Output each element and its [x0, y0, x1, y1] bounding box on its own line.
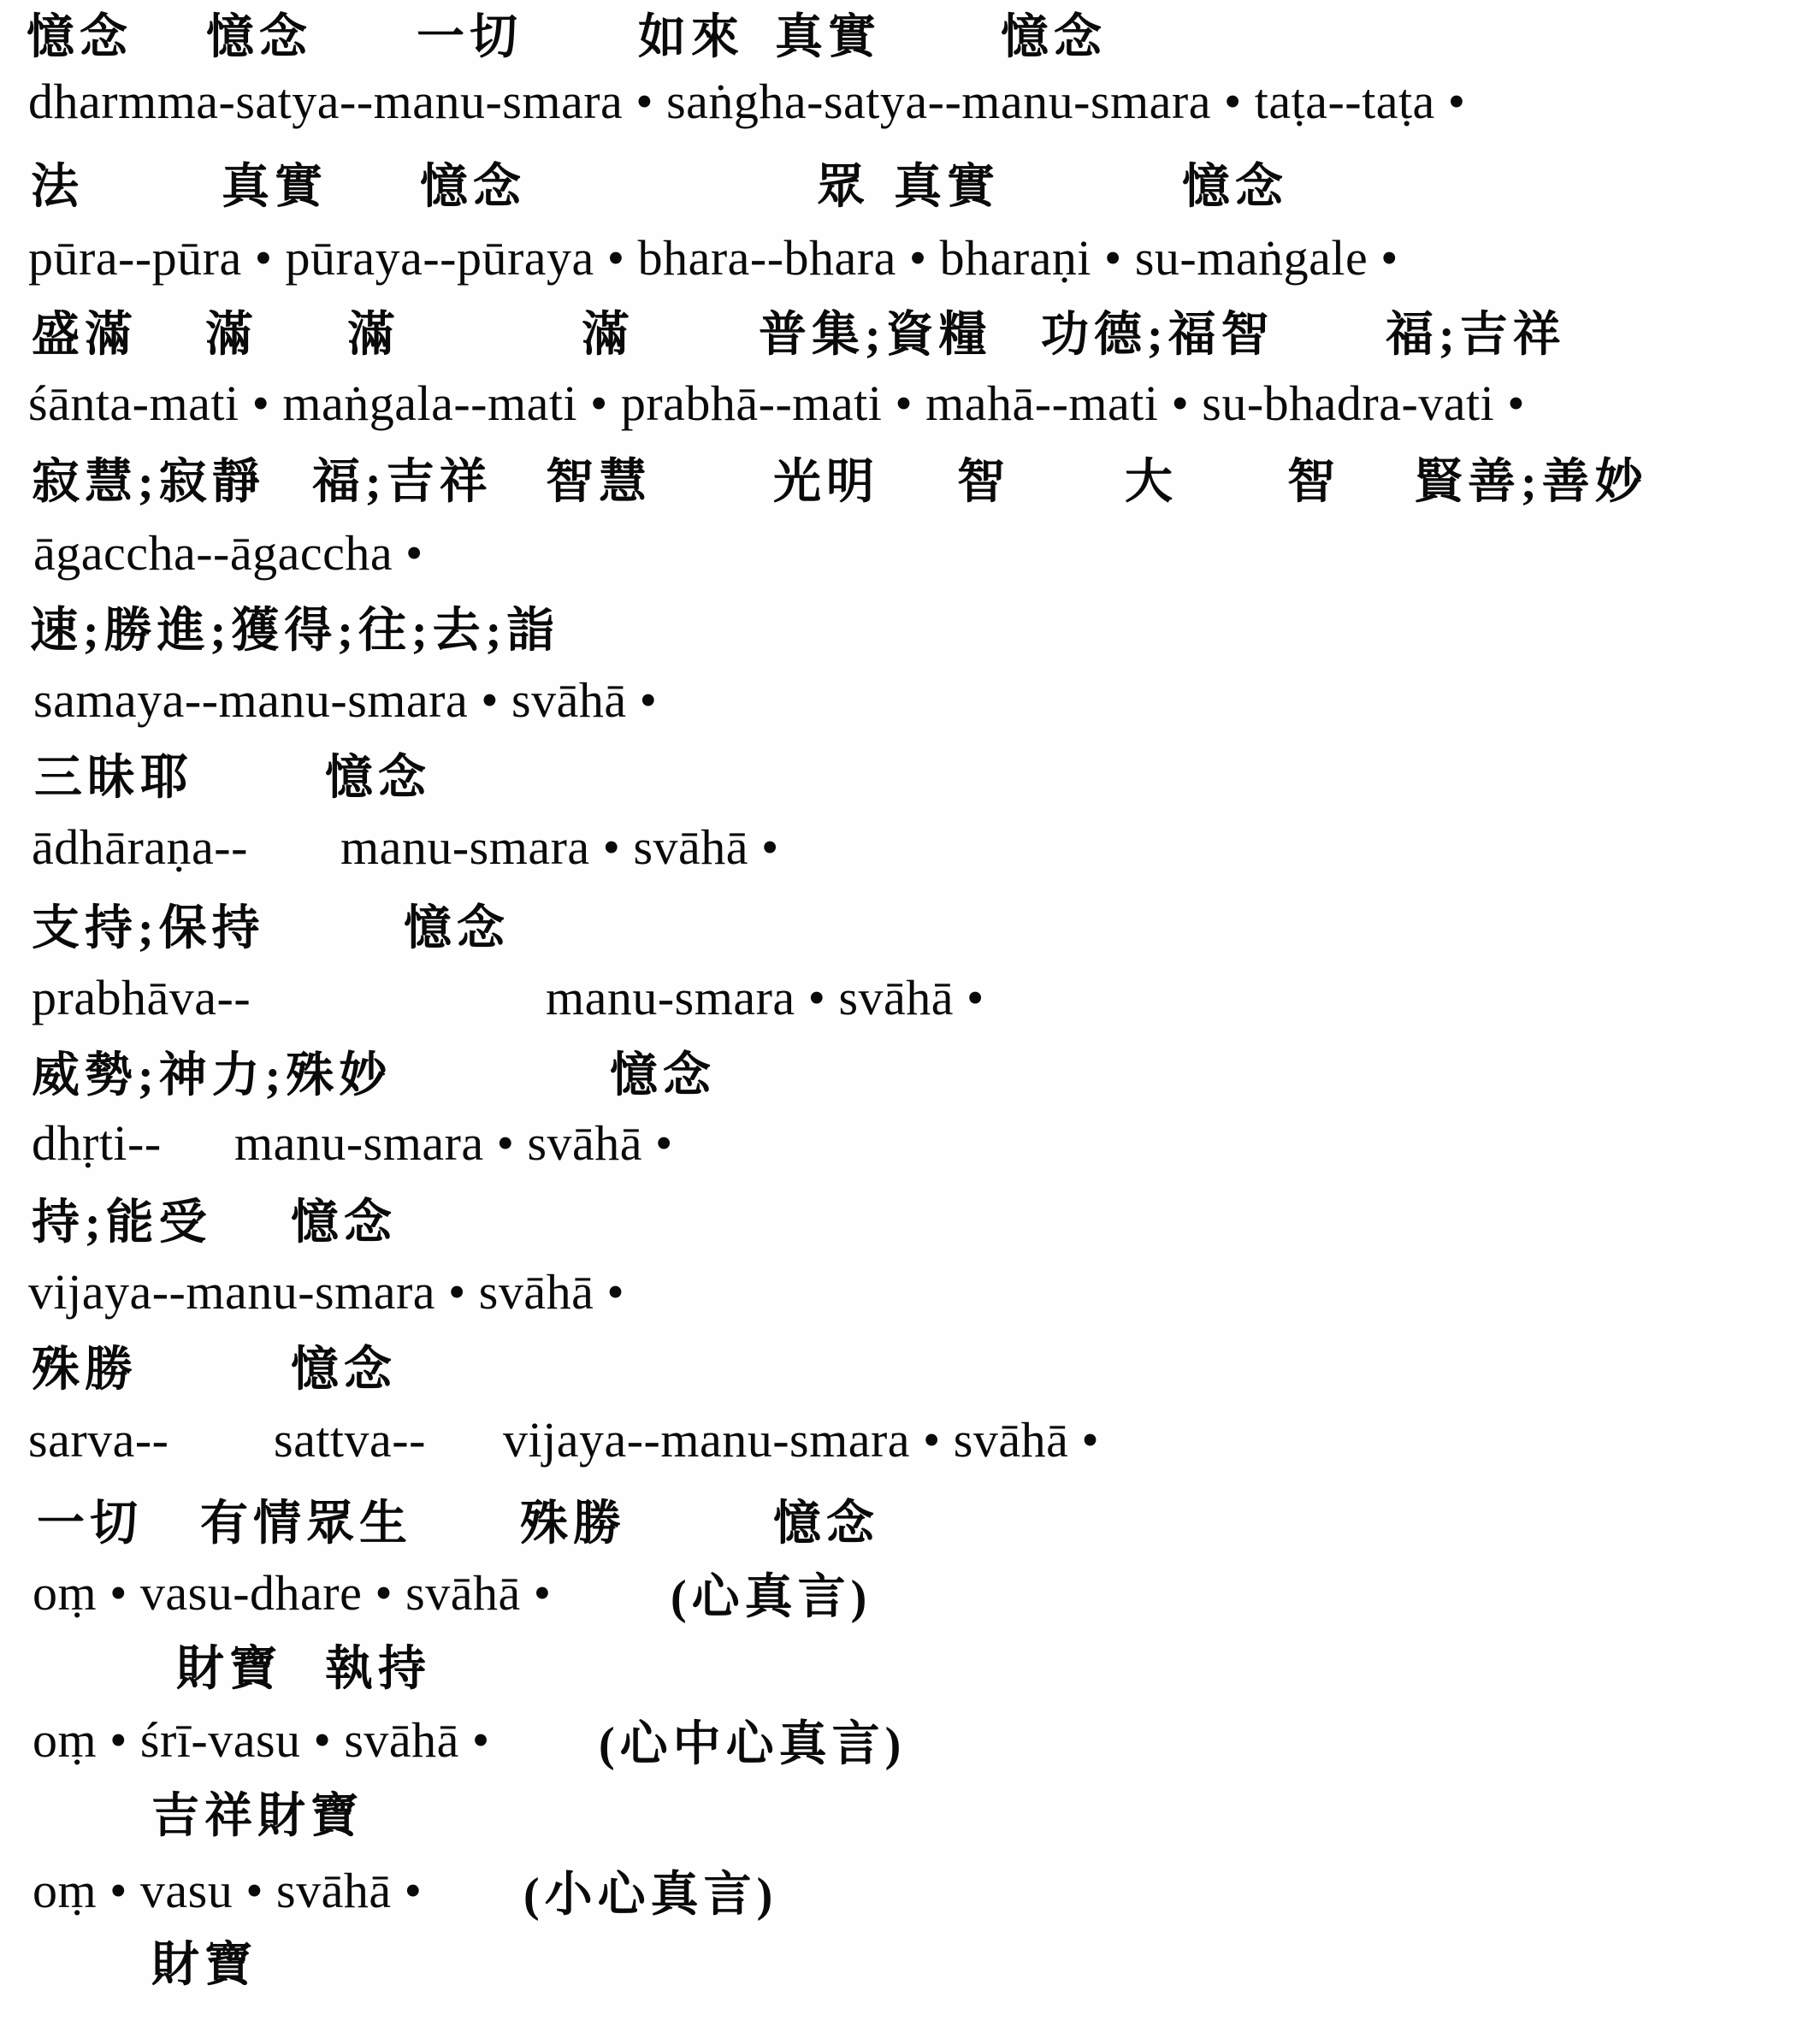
sanskrit-transliteration-segment: manu-smara • svāhā •: [546, 973, 984, 1023]
chinese-gloss-segment: 憶念: [1001, 14, 1107, 62]
chinese-gloss-segment: (小心真言): [523, 1871, 777, 1919]
chinese-gloss-segment: 支持;保持: [32, 905, 265, 953]
chinese-gloss-segment: 智: [957, 458, 1010, 506]
chinese-gloss-segment: 賢善;善妙: [1415, 458, 1648, 506]
chinese-gloss-segment: 憶念: [773, 1500, 879, 1548]
sanskrit-transliteration-segment: manu-smara • svāhā •: [340, 823, 779, 872]
chinese-gloss-segment: 功德;福智: [1041, 311, 1274, 359]
chinese-gloss-segment: 憶念: [27, 14, 133, 62]
chinese-gloss-segment: 一切: [417, 14, 523, 62]
chinese-gloss-segment: 滿: [582, 311, 635, 359]
sanskrit-transliteration-segment: prabhāva--: [32, 973, 251, 1023]
chinese-gloss-segment: 如來: [638, 14, 744, 62]
chinese-gloss-segment: 財寶: [176, 1645, 282, 1693]
sanskrit-transliteration-segment: āgaccha--āgaccha •: [33, 529, 423, 578]
chinese-gloss-segment: 速;勝進;獲得;往;去;詣: [30, 607, 559, 655]
chinese-gloss-segment: 執持: [325, 1645, 431, 1693]
chinese-gloss-segment: (心真言): [671, 1574, 872, 1622]
chinese-gloss-segment: 憶念: [291, 1346, 397, 1394]
chinese-gloss-segment: 大: [1125, 458, 1178, 506]
chinese-gloss-segment: 法: [31, 163, 84, 211]
sanskrit-transliteration-segment: oṃ • vasu • svāhā •: [33, 1866, 422, 1916]
sanskrit-transliteration-segment: ādhāraṇa--: [32, 823, 248, 872]
chinese-gloss-segment: 三昧耶: [34, 754, 193, 802]
chinese-gloss-segment: 真實: [222, 163, 328, 211]
chinese-gloss-segment: 真實: [775, 14, 881, 62]
sanskrit-transliteration-segment: śānta-mati • maṅgala--mati • prabhā--mat…: [28, 379, 1525, 428]
chinese-gloss-segment: 滿: [347, 311, 400, 359]
sanskrit-transliteration-segment: pūra--pūra • pūraya--pūraya • bhara--bha…: [28, 233, 1398, 283]
chinese-gloss-segment: 憶念: [206, 14, 312, 62]
chinese-gloss-segment: 光明: [773, 458, 879, 506]
chinese-gloss-segment: 普集;資糧: [759, 311, 992, 359]
chinese-gloss-segment: 財寶: [151, 1941, 257, 1989]
sanskrit-transliteration-segment: samaya--manu-smara • svāhā •: [33, 676, 657, 725]
chinese-gloss-segment: 智: [1287, 458, 1340, 506]
sanskrit-transliteration-segment: sattva--: [274, 1415, 426, 1465]
chinese-gloss-segment: 福;吉祥: [312, 458, 493, 506]
sanskrit-transliteration-segment: dharmma-satya--manu-smara • saṅgha-satya…: [28, 77, 1466, 127]
chinese-gloss-segment: 智慧: [546, 458, 652, 506]
sanskrit-transliteration-segment: sarva--: [28, 1415, 169, 1465]
sanskrit-transliteration-segment: manu-smara • svāhā •: [234, 1119, 673, 1168]
sanskrit-transliteration-segment: vijaya--manu-smara • svāhā •: [503, 1415, 1099, 1465]
chinese-gloss-segment: 有情眾生: [200, 1500, 412, 1548]
dharani-scan-page: 憶念憶念一切如來真實憶念dharmma-satya--manu-smara • …: [0, 0, 1797, 2044]
chinese-gloss-segment: 憶念: [291, 1199, 397, 1247]
sanskrit-transliteration-segment: oṃ • śrī-vasu • svāhā •: [33, 1716, 490, 1765]
chinese-gloss-segment: 憶念: [420, 163, 526, 211]
chinese-gloss-segment: 福;吉祥: [1386, 311, 1566, 359]
chinese-gloss-segment: 持;能受: [32, 1199, 212, 1247]
chinese-gloss-segment: 吉祥財寶: [151, 1793, 364, 1840]
sanskrit-transliteration-segment: vijaya--manu-smara • svāhā •: [28, 1267, 624, 1317]
chinese-gloss-segment: 憶念: [610, 1052, 716, 1100]
chinese-gloss-segment: 威勢;神力;殊妙: [32, 1052, 392, 1100]
chinese-gloss-segment: 眾: [817, 163, 870, 211]
sanskrit-transliteration-segment: dhṛti--: [32, 1119, 162, 1168]
chinese-gloss-segment: 憶念: [404, 905, 510, 953]
sanskrit-transliteration-segment: oṃ • vasu-dhare • svāhā •: [33, 1568, 552, 1618]
chinese-gloss-segment: (心中心真言): [599, 1721, 906, 1769]
chinese-gloss-segment: 真實: [894, 163, 1000, 211]
chinese-gloss-segment: 憶念: [1182, 163, 1288, 211]
chinese-gloss-segment: 殊勝: [520, 1500, 626, 1548]
chinese-gloss-segment: 殊勝: [32, 1346, 138, 1394]
chinese-gloss-segment: 寂慧;寂靜: [32, 458, 265, 506]
chinese-gloss-segment: 憶念: [325, 754, 431, 802]
chinese-gloss-segment: 一切: [37, 1500, 143, 1548]
chinese-gloss-segment: 盛滿: [32, 311, 138, 359]
chinese-gloss-segment: 滿: [205, 311, 258, 359]
